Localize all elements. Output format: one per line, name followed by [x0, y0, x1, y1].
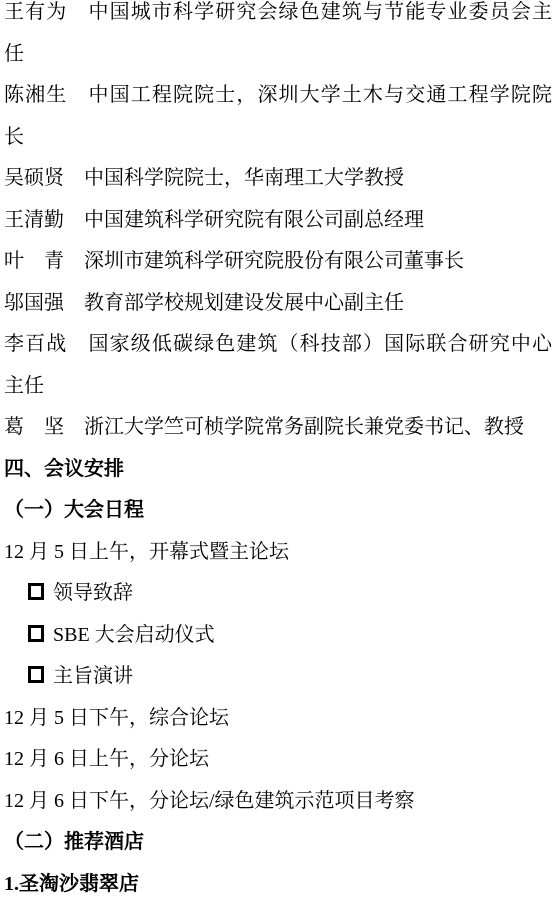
line-text: （一）大会日程 [4, 499, 144, 521]
text-line: 长 [4, 117, 552, 159]
line-text: 领导致辞 [53, 582, 133, 604]
line-text: 12 月 5 日上午，开幕式暨主论坛 [4, 541, 289, 563]
text-block: 王有为 中国城市科学研究会绿色建筑与节能专业委员会主任陈湘生 中国工程院院士，深… [4, 0, 552, 903]
text-line: 12 月 5 日上午，开幕式暨主论坛 [4, 532, 552, 574]
line-text: 叶 青 深圳市建筑科学研究院股份有限公司董事长 [4, 250, 464, 272]
checkbox-icon [28, 666, 44, 683]
bullet-line: 领导致辞 [4, 573, 552, 615]
heading-line: 四、会议安排 [4, 449, 552, 491]
checkbox-icon [28, 625, 44, 642]
line-text: 1.圣淘沙翡翠店 [4, 873, 139, 895]
line-text: 葛 坚 浙江大学竺可桢学院常务副院长兼党委书记、教授 [4, 416, 524, 438]
bullet-line: 主旨演讲 [4, 656, 552, 698]
text-line: 12 月 6 日上午，分论坛 [4, 739, 552, 781]
line-text: 邬国强 教育部学校规划建设发展中心副主任 [4, 292, 404, 314]
text-line: 葛 坚 浙江大学竺可桢学院常务副院长兼党委书记、教授 [4, 407, 552, 449]
line-text: 12 月 6 日下午，分论坛/绿色建筑示范项目考察 [4, 790, 415, 812]
line-text: 主任 [4, 375, 44, 397]
line-text: 主旨演讲 [53, 665, 133, 687]
text-line: 吴硕贤 中国科学院院士，华南理工大学教授 [4, 158, 552, 200]
line-text: 李百战 国家级低碳绿色建筑（科技部）国际联合研究中心 [4, 333, 552, 355]
line-text: 12 月 6 日上午，分论坛 [4, 748, 209, 770]
text-line: 李百战 国家级低碳绿色建筑（科技部）国际联合研究中心 [4, 324, 552, 366]
text-line: 邬国强 教育部学校规划建设发展中心副主任 [4, 283, 552, 325]
line-text: 任 [4, 43, 24, 65]
bullet-line: SBE 大会启动仪式 [4, 615, 552, 657]
line-text: SBE 大会启动仪式 [53, 624, 215, 646]
line-text: （二）推荐酒店 [4, 831, 144, 853]
text-line: 任 [4, 34, 552, 76]
heading-line: （一）大会日程 [4, 490, 552, 532]
text-line: 王有为 中国城市科学研究会绿色建筑与节能专业委员会主 [4, 0, 552, 34]
line-text: 长 [4, 126, 24, 148]
line-text: 王有为 中国城市科学研究会绿色建筑与节能专业委员会主 [4, 1, 552, 23]
checkbox-icon [28, 583, 44, 600]
text-line: 主任 [4, 366, 552, 408]
heading-line: 1.圣淘沙翡翠店 [4, 864, 552, 903]
document-page: 王有为 中国城市科学研究会绿色建筑与节能专业委员会主任陈湘生 中国工程院院士，深… [0, 0, 559, 903]
line-text: 四、会议安排 [4, 458, 124, 480]
line-text: 王清勤 中国建筑科学研究院有限公司副总经理 [4, 209, 424, 231]
text-line: 叶 青 深圳市建筑科学研究院股份有限公司董事长 [4, 241, 552, 283]
line-text: 12 月 5 日下午，综合论坛 [4, 707, 229, 729]
heading-line: （二）推荐酒店 [4, 822, 552, 864]
text-line: 陈湘生 中国工程院院士，深圳大学土木与交通工程学院院 [4, 75, 552, 117]
line-text: 陈湘生 中国工程院院士，深圳大学土木与交通工程学院院 [4, 84, 552, 106]
text-line: 12 月 5 日下午，综合论坛 [4, 698, 552, 740]
line-text: 吴硕贤 中国科学院院士，华南理工大学教授 [4, 167, 404, 189]
text-line: 12 月 6 日下午，分论坛/绿色建筑示范项目考察 [4, 781, 552, 823]
text-line: 王清勤 中国建筑科学研究院有限公司副总经理 [4, 200, 552, 242]
